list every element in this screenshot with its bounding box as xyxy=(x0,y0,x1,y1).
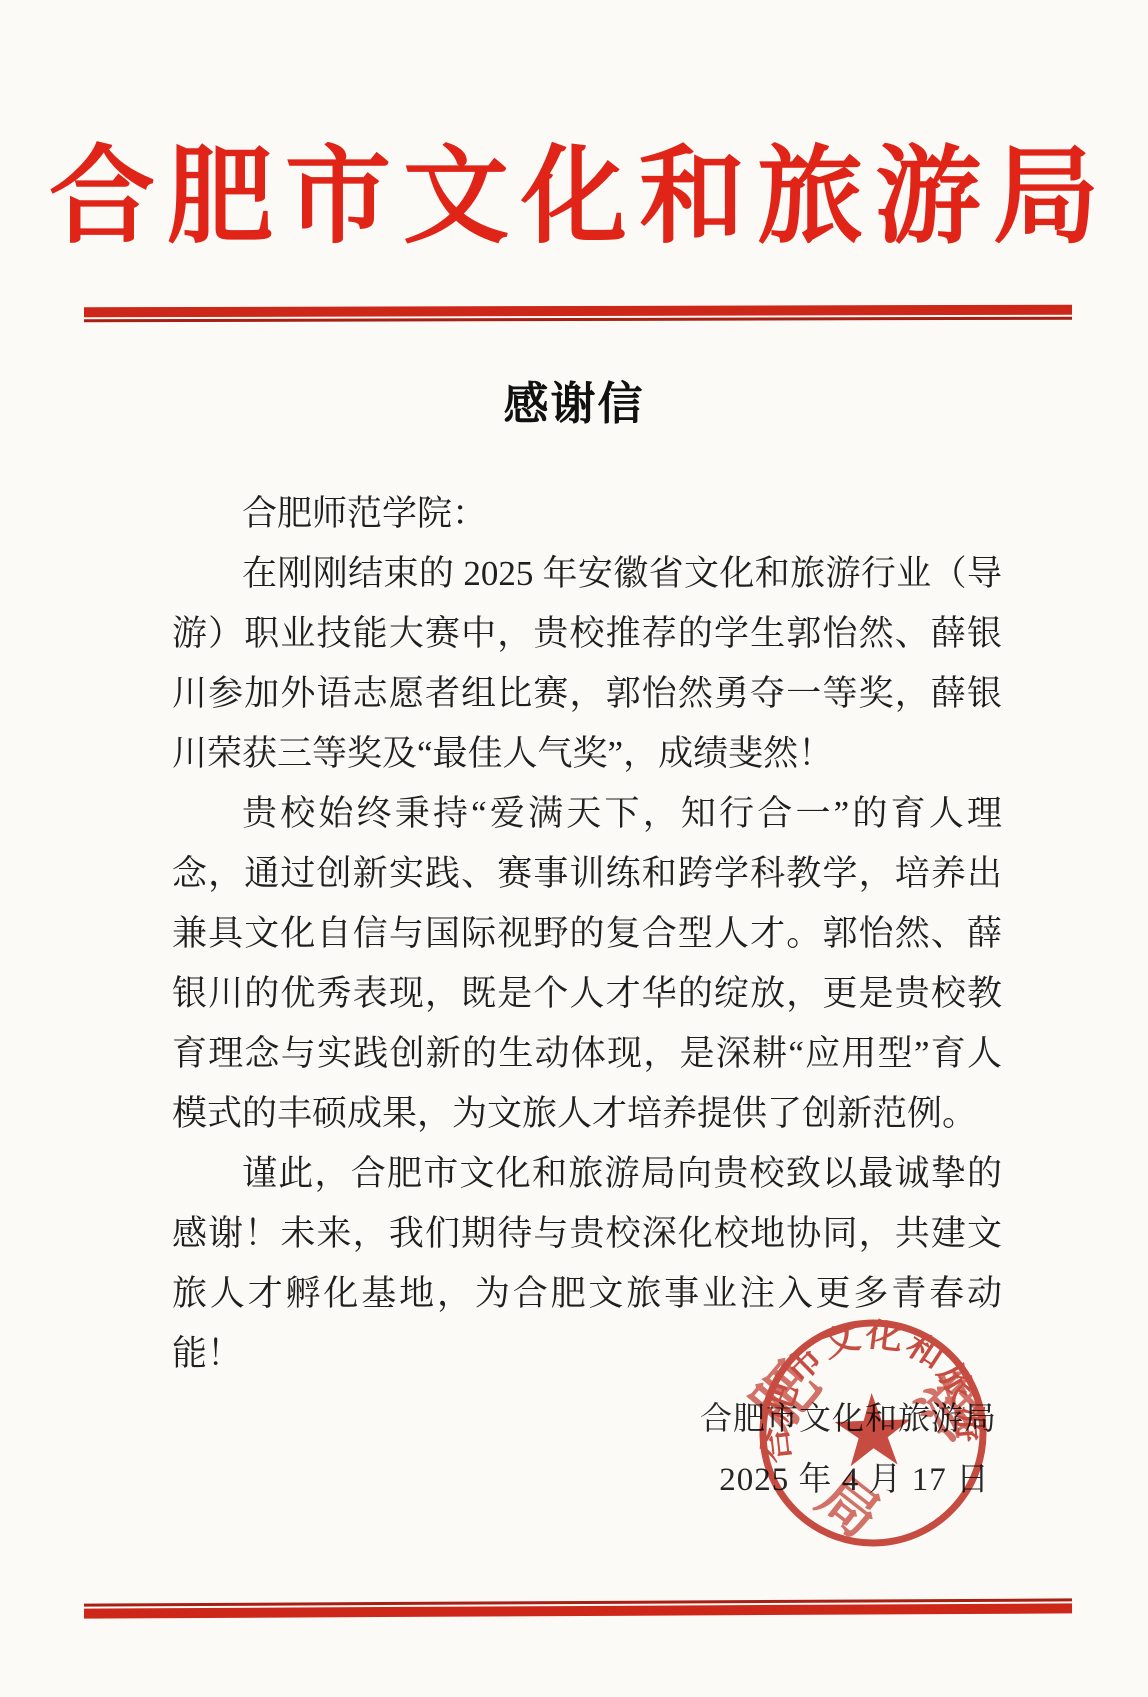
header-red-divider xyxy=(84,305,1072,323)
letter-body: 合肥师范学院： 在刚刚结束的 2025 年安徽省文化和旅游行业（导游）职业技能大… xyxy=(172,484,1002,1384)
letterhead-org-name: 合肥市文化和旅游局 xyxy=(0,118,1148,278)
seal-star-icon xyxy=(834,1392,913,1467)
footer-red-divider xyxy=(84,1598,1072,1618)
letter-page: 合肥市文化和旅游局 感谢信 合肥师范学院： 在刚刚结束的 2025 年安徽省文化… xyxy=(0,0,1148,1697)
paragraph-2: 贵校始终秉持“爱满天下，知行合一”的育人理念，通过创新实践、赛事训练和跨学科教学… xyxy=(172,784,1002,1144)
official-seal: 合肥市文化和旅游局 肥 局 游 xyxy=(749,1309,997,1557)
letter-title: 感谢信 xyxy=(0,376,1148,432)
paragraph-1: 在刚刚结束的 2025 年安徽省文化和旅游行业（导游）职业技能大赛中，贵校推荐的… xyxy=(172,544,1002,784)
salutation: 合肥师范学院： xyxy=(172,484,1002,544)
